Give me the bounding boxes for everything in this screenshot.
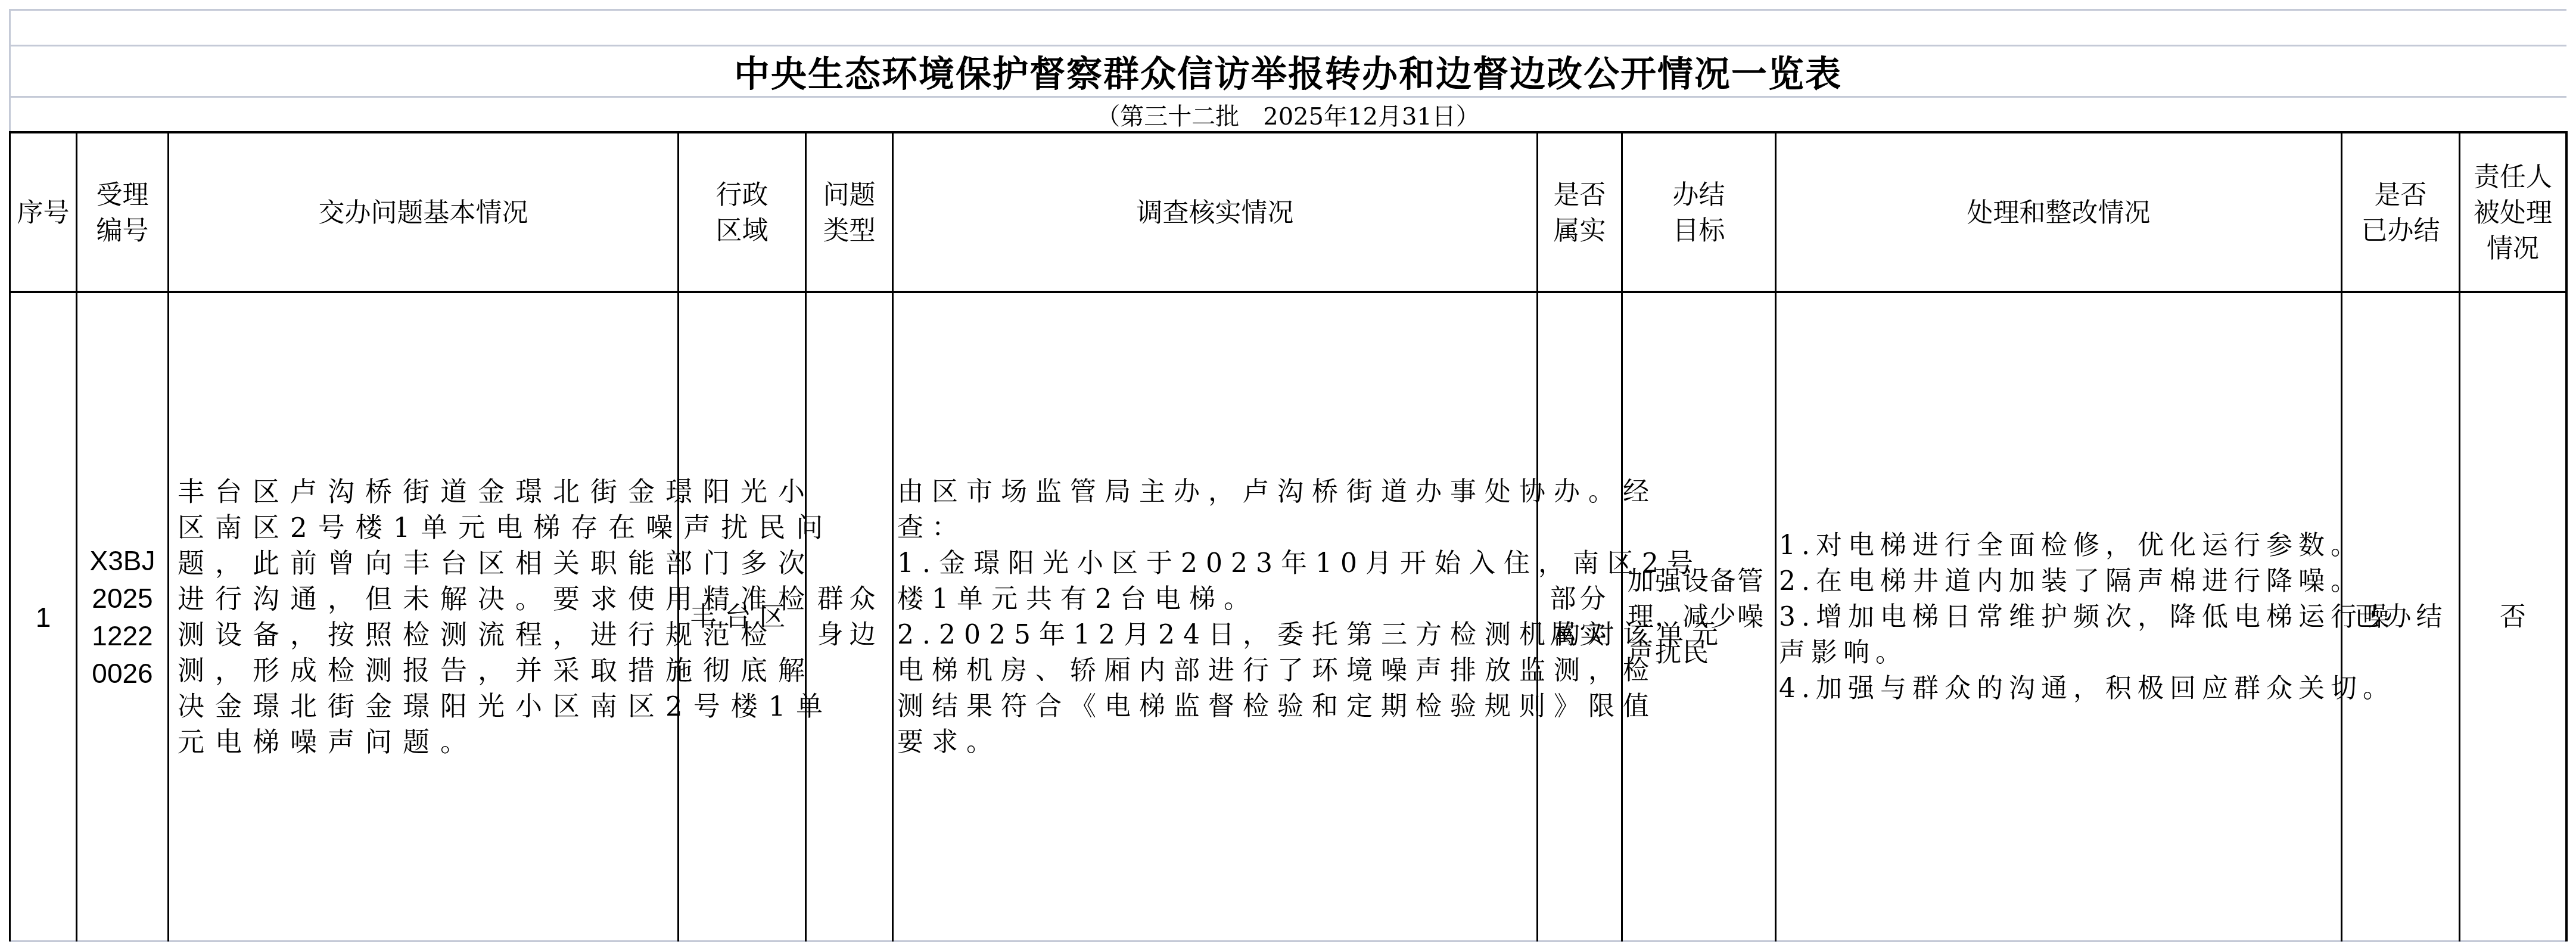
header-verified-line2: 属实 [1554, 213, 1606, 249]
case-no-line: X3BJ [90, 542, 155, 580]
header-accountability-line2: 被处理 [2474, 195, 2552, 231]
rectification-line: 声影响。 [1779, 635, 2395, 671]
header-case-no: 受理 编号 [77, 135, 167, 291]
header-seq: 序号 [11, 135, 76, 291]
cell-goal: 加强设备管 理，减少噪 声扰民 [1628, 294, 1774, 940]
header-rectification-label: 处理和整改情况 [1967, 195, 2151, 231]
header-type-line1: 问题 [823, 178, 876, 213]
header-investigation-label: 调查核实情况 [1137, 195, 1294, 231]
header-case-no-line2: 编号 [97, 213, 149, 249]
case-no-line: 1222 [90, 617, 155, 655]
header-verified-line1: 是否 [1554, 178, 1606, 213]
col-border-11 [2565, 131, 2568, 941]
header-accountability-line3: 情况 [2474, 231, 2552, 267]
document-title: 中央生态环境保护督察群众信访举报转办和边督边改公开情况一览表 [10, 46, 2566, 97]
table-top-border [10, 131, 2568, 133]
header-rectification: 处理和整改情况 [1777, 135, 2341, 291]
header-issue: 交办问题基本情况 [169, 135, 677, 291]
header-type: 问题 类型 [807, 135, 892, 291]
type-line: 身边 [817, 617, 882, 653]
cell-accountability: 否 [2460, 294, 2565, 940]
header-seq-label: 序号 [17, 195, 70, 231]
header-closed-line1: 是否 [2362, 178, 2440, 213]
header-district-line2: 区域 [716, 213, 769, 249]
header-accountability-line1: 责任人 [2474, 160, 2552, 195]
header-issue-label: 交办问题基本情况 [319, 195, 528, 231]
header-district-line1: 行政 [716, 178, 769, 213]
district-value: 丰台区 [690, 599, 794, 635]
header-investigation: 调查核实情况 [894, 135, 1536, 291]
cell-type: 群众 身边 [807, 294, 892, 940]
gridline-top [10, 9, 2566, 11]
header-case-no-line1: 受理 [97, 178, 149, 213]
verified-line: 部分 [1550, 582, 1610, 617]
rectification-line: 3.增加电梯日常维护频次，降低电梯运行噪 [1779, 599, 2395, 635]
header-closed-line2: 已办结 [2362, 213, 2440, 249]
goal-line: 理，减少噪 [1628, 599, 1765, 635]
cell-seq-value: 1 [36, 599, 51, 636]
header-verified: 是否 属实 [1538, 135, 1621, 291]
goal-line: 声扰民 [1628, 635, 1765, 671]
case-no-line: 2025 [90, 580, 155, 617]
header-goal-line1: 办结 [1673, 178, 1725, 213]
rectification-line: 1.对电梯进行全面检修，优化运行参数。 [1779, 528, 2395, 564]
header-goal: 办结 目标 [1623, 135, 1775, 291]
cell-closed: 已办结 [2342, 294, 2459, 940]
cell-verified: 部分 属实 [1538, 294, 1621, 940]
cell-rectification: 1.对电梯进行全面检修，优化运行参数。 2.在电梯井道内加装了隔声棉进行降噪。 … [1779, 294, 2339, 940]
gridline-bottom [10, 940, 2566, 942]
type-line: 群众 [817, 582, 882, 617]
cell-district: 丰台区 [679, 294, 805, 940]
rectification-line: 2.在电梯井道内加装了隔声棉进行降噪。 [1779, 564, 2395, 599]
cell-issue: 丰台区卢沟桥街道金璟北街金璟阳光小 区南区2号楼1单元电梯存在噪声扰民问 题，此… [178, 294, 672, 940]
header-goal-line2: 目标 [1673, 213, 1725, 249]
header-closed: 是否 已办结 [2342, 135, 2459, 291]
header-district: 行政 区域 [679, 135, 805, 291]
rectification-line: 4.加强与群众的沟通，积极回应群众关切。 [1779, 671, 2395, 707]
cell-case-no: X3BJ 2025 1222 0026 [77, 294, 167, 940]
verified-line: 属实 [1550, 617, 1610, 653]
cell-investigation: 由区市场监管局主办，卢沟桥街道办事处协办。经 查： 1.金璟阳光小区于2023年… [897, 294, 1535, 940]
cell-seq: 1 [11, 294, 76, 940]
header-type-line2: 类型 [823, 213, 876, 249]
case-no-line: 0026 [90, 655, 155, 692]
goal-line: 加强设备管 [1628, 564, 1765, 599]
accountability-value: 否 [2500, 599, 2526, 635]
document-subtitle: （第三十二批 2025年12月31日） [10, 98, 2566, 131]
closed-value: 已办结 [2354, 599, 2447, 635]
header-accountability: 责任人 被处理 情况 [2460, 135, 2565, 291]
